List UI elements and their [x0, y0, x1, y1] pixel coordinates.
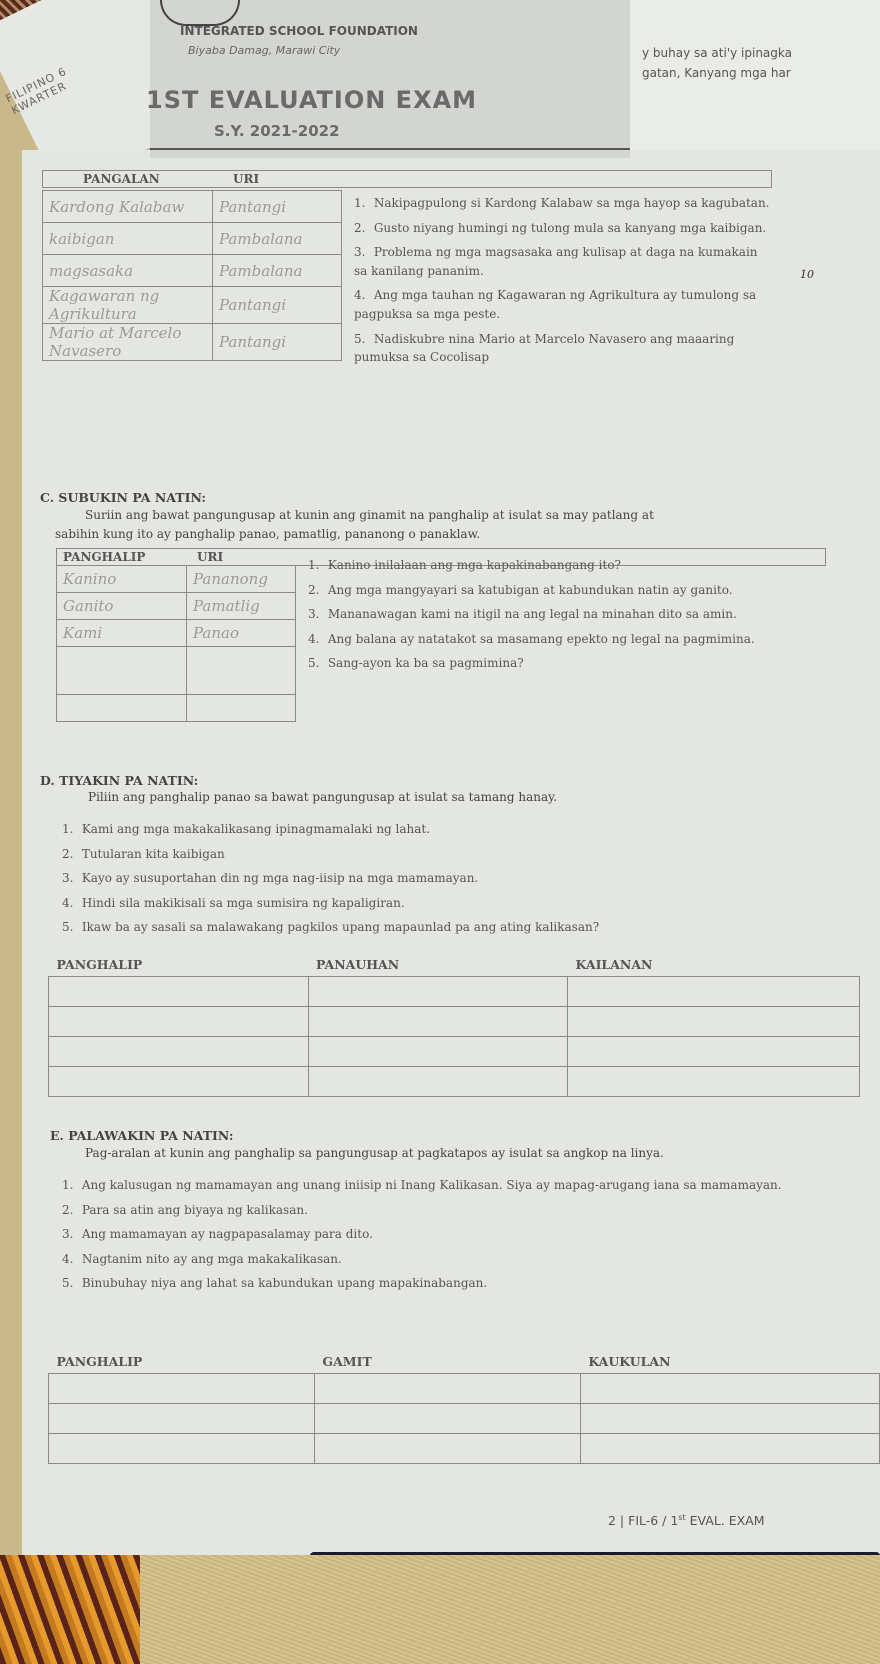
answer-cell-pangalan[interactable]: Mario at Marcelo Navasero — [43, 324, 213, 361]
section-c-instruction: sabihin kung ito ay panghalip panao, pam… — [55, 527, 480, 541]
question-item: 1. Kanino inilalaan ang mga kapakinabang… — [308, 556, 828, 575]
question-number: 4. — [308, 630, 324, 649]
question-item: 1. Ang kalusugan ng mamamayan ang unang … — [62, 1176, 872, 1195]
question-number: 5. — [354, 330, 370, 349]
question-item: 3. Mananawagan kami na itigil na ang leg… — [308, 605, 828, 624]
answer-cell-panghalip[interactable] — [57, 647, 187, 695]
question-number: 4. — [62, 1250, 78, 1269]
answer-cell[interactable] — [568, 1037, 860, 1067]
question-text: Sang-ayon ka ba sa pagmimina? — [328, 656, 524, 670]
answer-cell[interactable] — [49, 977, 309, 1007]
column-header: PANAUHAN — [308, 953, 568, 977]
question-number: 1. — [354, 194, 370, 213]
table-row — [49, 1434, 880, 1464]
header-divider — [150, 148, 630, 150]
question-number: 1. — [62, 820, 78, 839]
answer-cell[interactable] — [49, 1404, 315, 1434]
answer-cell-panghalip[interactable]: Kanino — [57, 566, 187, 593]
answer-cell[interactable] — [308, 1067, 568, 1097]
question-item: 2. Para sa atin ang biyaya ng kalikasan. — [62, 1201, 872, 1220]
table-header-row: PANGHALIPPANAUHANKAILANAN — [49, 953, 860, 977]
answer-cell-uri[interactable]: Pantangi — [213, 287, 342, 324]
column-header: PANGALAN — [83, 172, 160, 186]
question-number: 2. — [354, 219, 370, 238]
answer-cell-uri[interactable]: Pambalana — [213, 223, 342, 255]
section-b-answer-table: Kardong KalabawPantangikaibiganPambalana… — [42, 190, 342, 361]
column-header: GAMIT — [314, 1350, 580, 1374]
answer-cell-uri[interactable]: Pambalana — [213, 255, 342, 287]
table-row: Mario at Marcelo NavaseroPantangi — [43, 324, 342, 361]
section-c-questions: 1. Kanino inilalaan ang mga kapakinabang… — [308, 556, 828, 679]
background-fabric-pattern — [0, 1555, 140, 1664]
table-row: KaninoPananong — [57, 566, 296, 593]
question-item: 1. Nakipagpulong si Kardong Kalabaw sa m… — [354, 194, 774, 213]
question-item: 5. Nadiskubre nina Mario at Marcelo Nava… — [354, 330, 774, 367]
column-header: KAUKULAN — [580, 1350, 879, 1374]
section-e-answer-table: PANGHALIPGAMITKAUKULAN — [48, 1350, 880, 1464]
question-number: 1. — [308, 556, 324, 575]
question-text: Binubuhay niya ang lahat sa kabundukan u… — [82, 1276, 487, 1290]
section-b-questions: 1. Nakipagpulong si Kardong Kalabaw sa m… — [354, 194, 774, 373]
question-text: Nadiskubre nina Mario at Marcelo Navaser… — [354, 332, 734, 365]
question-text: Ang kalusugan ng mamamayan ang unang ini… — [82, 1178, 782, 1192]
question-number: 3. — [308, 605, 324, 624]
exam-title: 1ST EVALUATION EXAM — [146, 86, 477, 114]
section-c-answer-table: KaninoPananongGanitoPamatligKamiPanao — [56, 565, 296, 722]
table-header-row: PANGHALIPGAMITKAUKULAN — [49, 1350, 880, 1374]
question-number: 3. — [62, 869, 78, 888]
section-e-instruction: Pag-aralan at kunin ang panghalip sa pan… — [85, 1146, 664, 1160]
column-header: KAILANAN — [568, 953, 860, 977]
section-e-title: E. PALAWAKIN PA NATIN: — [50, 1128, 233, 1143]
answer-cell[interactable] — [314, 1434, 580, 1464]
school-year: S.Y. 2021-2022 — [214, 122, 340, 140]
table-row: Kagawaran ng AgrikulturaPantangi — [43, 287, 342, 324]
section-e-questions: 1. Ang kalusugan ng mamamayan ang unang … — [62, 1176, 872, 1299]
question-text: Tutularan kita kaibigan — [82, 847, 225, 861]
question-number: 2. — [308, 581, 324, 600]
question-number: 2. — [62, 1201, 78, 1220]
question-number: 5. — [62, 918, 78, 937]
column-header: PANGHALIP — [63, 550, 145, 564]
answer-cell[interactable] — [568, 977, 860, 1007]
question-text: Kayo ay susuportahan din ng mga nag-iisi… — [82, 871, 478, 885]
table-row — [57, 695, 296, 722]
table-row — [49, 1067, 860, 1097]
answer-cell-uri[interactable] — [187, 695, 296, 722]
back-page-line: gatan, Kanyang mga har — [642, 66, 791, 80]
question-number: 4. — [354, 286, 370, 305]
question-number: 5. — [62, 1274, 78, 1293]
question-text: Nakipagpulong si Kardong Kalabaw sa mga … — [374, 196, 770, 210]
answer-cell-uri[interactable] — [187, 647, 296, 695]
page-footer: 2 | FIL-6 / 1st EVAL. EXAM — [608, 1513, 765, 1528]
school-address: Biyaba Damag, Marawi City — [188, 44, 340, 57]
answer-cell[interactable] — [580, 1404, 879, 1434]
question-number: 3. — [62, 1225, 78, 1244]
question-item: 4. Ang mga tauhan ng Kagawaran ng Agriku… — [354, 286, 774, 323]
table-row — [49, 1404, 880, 1434]
score-mark: 10 — [800, 268, 814, 281]
question-item: 4. Hindi sila makikisali sa mga sumisira… — [62, 894, 832, 913]
table-row — [57, 647, 296, 695]
question-item: 5. Binubuhay niya ang lahat sa kabunduka… — [62, 1274, 872, 1293]
section-d-title: D. TIYAKIN PA NATIN: — [40, 773, 198, 788]
answer-cell-uri[interactable]: Pamatlig — [187, 593, 296, 620]
question-text: Nagtanim nito ay ang mga makakalikasan. — [82, 1252, 342, 1266]
section-c-title: C. SUBUKIN PA NATIN: — [40, 490, 206, 505]
answer-cell[interactable] — [580, 1374, 879, 1404]
question-text: Ang mamamayan ay nagpapasalamay para dit… — [82, 1227, 373, 1241]
question-text: Gusto niyang humingi ng tulong mula sa k… — [374, 221, 766, 235]
column-header: PANGHALIP — [49, 1350, 315, 1374]
answer-cell-panghalip[interactable]: Ganito — [57, 593, 187, 620]
table-row: magsasakaPambalana — [43, 255, 342, 287]
question-item: 1. Kami ang mga makakalikasang ipinagmam… — [62, 820, 832, 839]
question-number: 2. — [62, 845, 78, 864]
answer-cell-uri[interactable]: Panao — [187, 620, 296, 647]
section-c-instruction: Suriin ang bawat pangungusap at kunin an… — [85, 508, 654, 522]
answer-cell-pangalan[interactable]: magsasaka — [43, 255, 213, 287]
question-item: 5. Ikaw ba ay sasali sa malawakang pagki… — [62, 918, 832, 937]
column-header: URI — [233, 172, 259, 186]
question-item: 5. Sang-ayon ka ba sa pagmimina? — [308, 654, 828, 673]
answer-cell[interactable] — [49, 1374, 315, 1404]
answer-cell[interactable] — [580, 1434, 879, 1464]
question-item: 3. Problema ng mga magsasaka ang kulisap… — [354, 243, 774, 280]
answer-cell-uri[interactable]: Pananong — [187, 566, 296, 593]
question-item: 3. Ang mamamayan ay nagpapasalamay para … — [62, 1225, 872, 1244]
question-text: Ang mga mangyayari sa katubigan at kabun… — [328, 583, 733, 597]
question-item: 3. Kayo ay susuportahan din ng mga nag-i… — [62, 869, 832, 888]
question-number: 3. — [354, 243, 370, 262]
question-number: 5. — [308, 654, 324, 673]
section-b-header: PANGALAN URI — [42, 170, 772, 188]
question-number: 1. — [62, 1176, 78, 1195]
answer-cell[interactable] — [308, 1007, 568, 1037]
column-header: URI — [197, 550, 223, 564]
question-text: Kanino inilalaan ang mga kapakinabangang… — [328, 558, 621, 572]
table-row — [49, 1007, 860, 1037]
answer-cell[interactable] — [49, 1067, 309, 1097]
section-d-answer-table: PANGHALIPPANAUHANKAILANAN — [48, 953, 860, 1097]
question-text: Ikaw ba ay sasali sa malawakang pagkilos… — [82, 920, 599, 934]
table-row — [49, 1374, 880, 1404]
table-row: KamiPanao — [57, 620, 296, 647]
answer-cell-pangalan[interactable]: Kagawaran ng Agrikultura — [43, 287, 213, 324]
answer-cell[interactable] — [49, 1007, 309, 1037]
table-row: Kardong KalabawPantangi — [43, 191, 342, 223]
answer-cell-pangalan[interactable]: Kardong Kalabaw — [43, 191, 213, 223]
question-text: Problema ng mga magsasaka ang kulisap at… — [354, 245, 758, 278]
answer-cell[interactable] — [49, 1434, 315, 1464]
question-item: 4. Ang balana ay natatakot sa masamang e… — [308, 630, 828, 649]
answer-cell[interactable] — [49, 1037, 309, 1067]
table-row — [49, 977, 860, 1007]
question-text: Kami ang mga makakalikasang ipinagmamala… — [82, 822, 430, 836]
question-text: Hindi sila makikisali sa mga sumisira ng… — [82, 896, 405, 910]
answer-cell-pangalan[interactable]: kaibigan — [43, 223, 213, 255]
answer-cell[interactable] — [308, 1037, 568, 1067]
answer-cell-uri[interactable]: Pantangi — [213, 191, 342, 223]
answer-cell-uri[interactable]: Pantangi — [213, 324, 342, 361]
table-row — [49, 1037, 860, 1067]
section-d-instruction: Piliin ang panghalip panao sa bawat pang… — [88, 790, 557, 804]
answer-cell[interactable] — [568, 1067, 860, 1097]
table-row: GanitoPamatlig — [57, 593, 296, 620]
answer-cell[interactable] — [308, 977, 568, 1007]
answer-cell[interactable] — [568, 1007, 860, 1037]
back-page-line: y buhay sa ati'y ipinagka — [642, 46, 792, 60]
question-text: Ang mga tauhan ng Kagawaran ng Agrikultu… — [354, 288, 756, 321]
section-d-questions: 1. Kami ang mga makakalikasang ipinagmam… — [62, 820, 832, 943]
question-text: Mananawagan kami na itigil na ang legal … — [328, 607, 737, 621]
answer-cell[interactable] — [314, 1374, 580, 1404]
question-item: 2. Tutularan kita kaibigan — [62, 845, 832, 864]
question-text: Para sa atin ang biyaya ng kalikasan. — [82, 1203, 308, 1217]
question-item: 2. Ang mga mangyayari sa katubigan at ka… — [308, 581, 828, 600]
question-item: 4. Nagtanim nito ay ang mga makakalikasa… — [62, 1250, 872, 1269]
answer-cell-panghalip[interactable] — [57, 695, 187, 722]
column-header: PANGHALIP — [49, 953, 309, 977]
question-item: 2. Gusto niyang humingi ng tulong mula s… — [354, 219, 774, 238]
school-name: INTEGRATED SCHOOL FOUNDATION — [180, 24, 418, 38]
question-number: 4. — [62, 894, 78, 913]
answer-cell-panghalip[interactable]: Kami — [57, 620, 187, 647]
table-row: kaibiganPambalana — [43, 223, 342, 255]
question-text: Ang balana ay natatakot sa masamang epek… — [328, 632, 755, 646]
answer-cell[interactable] — [314, 1404, 580, 1434]
